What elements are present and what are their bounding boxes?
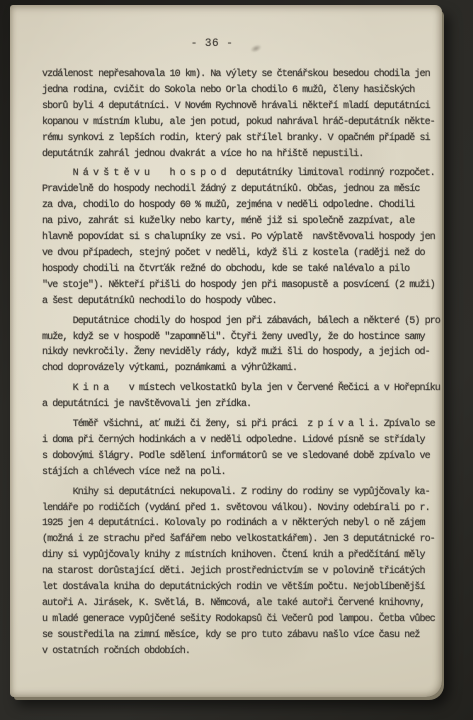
- paragraph-singing: Téměř všichni, ať muži či ženy, si při p…: [42, 417, 442, 481]
- paragraph-women-and-pubs: Deputátnice chodily do hospod jen při zá…: [42, 314, 442, 378]
- paragraph-pub-visits: N á v š t ě v u h o s p o d deputátníky …: [42, 166, 442, 309]
- paragraph-books: Knihy si deputátníci nekupovali. Z rodin…: [42, 485, 442, 660]
- scanned-page: - 36 - vzdálenost nepřesahovala 10 km). …: [10, 5, 442, 697]
- paragraph-cinemas: K i n a v místech velkostatků byla jen v…: [42, 381, 442, 413]
- page-number: - 36 -: [10, 38, 428, 50]
- paragraph-trips-and-sport: vzdálenost nepřesahovala 10 km). Na výle…: [42, 67, 442, 162]
- page-text: vzdálenost nepřesahovala 10 km). Na výle…: [42, 67, 442, 664]
